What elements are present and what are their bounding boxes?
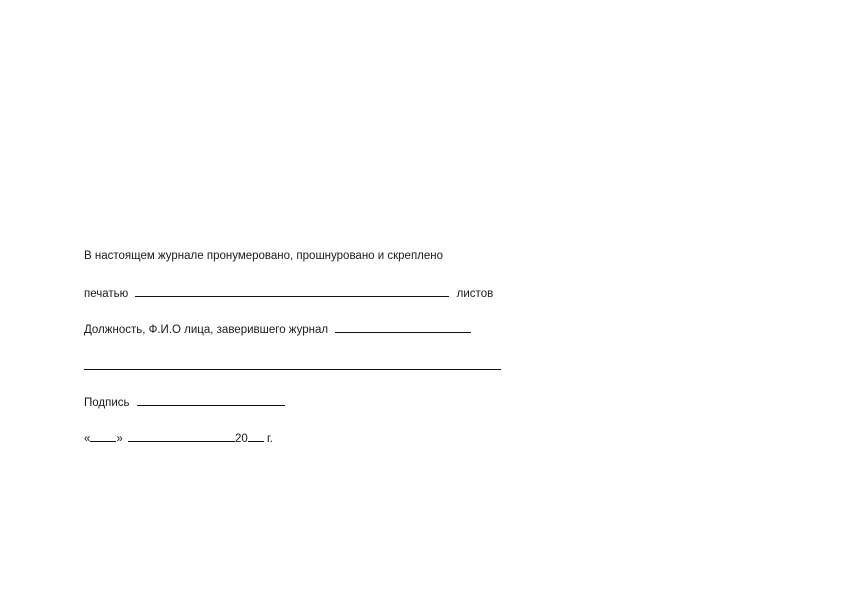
- year-prefix: 20: [235, 433, 248, 445]
- sheets-count-field[interactable]: [135, 285, 449, 297]
- sheets-count-row: печатью листов: [84, 285, 493, 301]
- position-name-continuation-field[interactable]: [84, 358, 501, 370]
- position-name-field[interactable]: [335, 321, 471, 333]
- certification-statement: В настоящем журнале пронумеровано, прошн…: [84, 249, 443, 263]
- position-name-label: Должность, Ф.И.О лица, заверившего журна…: [84, 324, 328, 336]
- year-suffix: г.: [267, 433, 273, 445]
- position-name-row: Должность, Ф.И.О лица, заверившего журна…: [84, 321, 471, 337]
- position-name-continuation-row: [84, 358, 501, 374]
- year-field[interactable]: [248, 430, 264, 442]
- date-row: «» 20 г.: [84, 430, 273, 446]
- close-quote: »: [116, 433, 122, 445]
- signature-label: Подпись: [84, 397, 130, 409]
- month-field[interactable]: [128, 430, 235, 442]
- seal-label: печатью: [84, 288, 128, 300]
- sheets-label: листов: [457, 288, 494, 300]
- day-field[interactable]: [90, 430, 116, 442]
- signature-row: Подпись: [84, 394, 285, 410]
- signature-field[interactable]: [137, 394, 285, 406]
